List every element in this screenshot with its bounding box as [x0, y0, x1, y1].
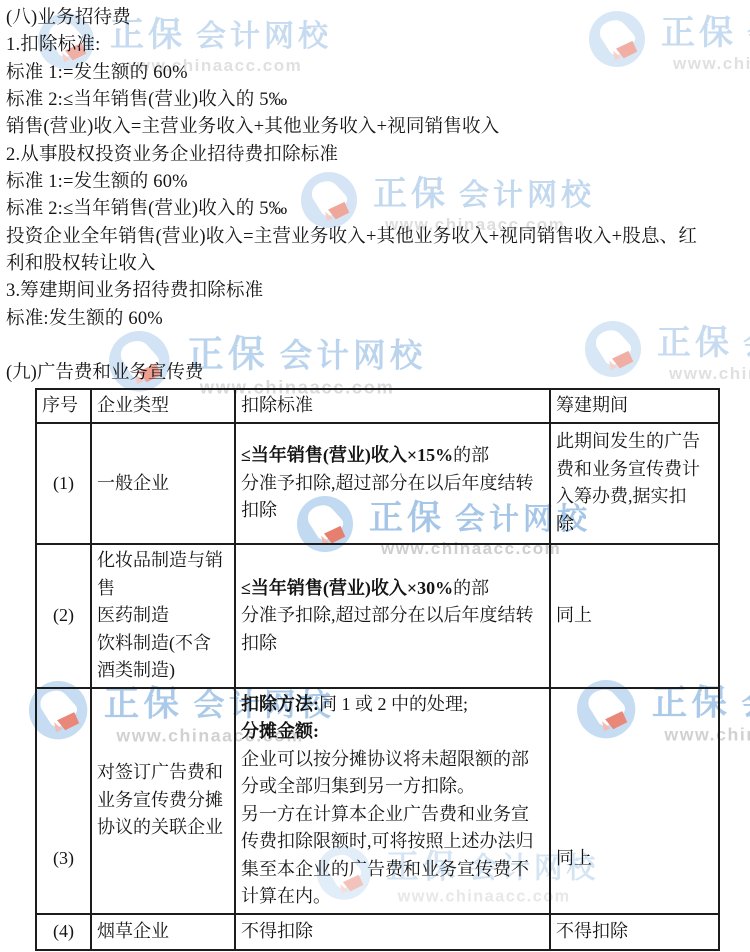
doc-line: 标准:发生额的 60% — [6, 306, 697, 333]
document-content: (八)业务招待费 1.扣除标准:标准 1:=发生额的 60%标准 2:≤当年销售… — [0, 0, 750, 952]
cell-preparation-period: 不得扣除 — [550, 914, 719, 950]
cell-row-number: (1) — [36, 423, 91, 544]
cell-row-number: (2) — [36, 544, 91, 688]
section-entertainment-expense: (八)业务招待费 1.扣除标准:标准 1:=发生额的 60%标准 2:≤当年销售… — [6, 5, 697, 333]
cell-deduction-standard: 不得扣除 — [235, 914, 550, 950]
cell-deduction-standard: ≤当年销售(营业)收入×30%的部分准予扣除,超过部分在以后年度结转扣除 — [235, 544, 550, 688]
doc-line: 1.扣除标准: — [6, 32, 697, 59]
section9-heading: (九)广告费和业务宣传费 — [6, 360, 203, 387]
advertising-fee-table: 序号企业类型扣除标准筹建期间 (1)一般企业≤当年销售(营业)收入×15%的部分… — [35, 388, 720, 951]
doc-line: 利和股权转让收入 — [6, 251, 697, 278]
cell-enterprise-type: 一般企业 — [91, 423, 235, 544]
cell-preparation-period: 同上 — [550, 688, 719, 914]
doc-line: 标准 2:≤当年销售(营业)收入的 5‰ — [6, 87, 697, 114]
table-row: (1)一般企业≤当年销售(营业)收入×15%的部分准予扣除,超过部分在以后年度结… — [36, 423, 719, 544]
table-header-row: 序号企业类型扣除标准筹建期间 — [36, 389, 719, 423]
cell-preparation-period: 同上 — [550, 544, 719, 688]
cell-enterprise-type: 对签订广告费和 业务宣传费分摊 协议的关联企业 — [91, 688, 235, 914]
table-body: (1)一般企业≤当年销售(营业)收入×15%的部分准予扣除,超过部分在以后年度结… — [36, 423, 719, 950]
section8-lines: 1.扣除标准:标准 1:=发生额的 60%标准 2:≤当年销售(营业)收入的 5… — [6, 32, 697, 333]
cell-preparation-period: 此期间发生的广告 费和业务宣传费计 入筹办费,据实扣 除 — [550, 423, 719, 544]
cell-row-number: (4) — [36, 914, 91, 950]
table-header-cell: 企业类型 — [91, 389, 235, 423]
table-header-cell: 筹建期间 — [550, 389, 719, 423]
cell-enterprise-type: 烟草企业 — [91, 914, 235, 950]
table-row: (2)化妆品制造与销 售 医药制造 饮料制造(不含 酒类制造)≤当年销售(营业)… — [36, 544, 719, 688]
cell-enterprise-type: 化妆品制造与销 售 医药制造 饮料制造(不含 酒类制造) — [91, 544, 235, 688]
advertising-fee-table-wrap: 序号企业类型扣除标准筹建期间 (1)一般企业≤当年销售(营业)收入×15%的部分… — [35, 388, 720, 951]
doc-line: 标准 2:≤当年销售(营业)收入的 5‰ — [6, 196, 697, 223]
table-row: (4)烟草企业不得扣除不得扣除 — [36, 914, 719, 950]
table-header-cell: 扣除标准 — [235, 389, 550, 423]
doc-line: 销售(营业)收入=主营业务收入+其他业务收入+视同销售收入 — [6, 114, 697, 141]
doc-line: 2.从事股权投资业务企业招待费扣除标准 — [6, 142, 697, 169]
table-row: (3)对签订广告费和 业务宣传费分摊 协议的关联企业扣除方法:同 1 或 2 中… — [36, 688, 719, 914]
cell-deduction-standard: 扣除方法:同 1 或 2 中的处理;分摊金额:企业可以按分摊协议将未超限额的部分… — [235, 688, 550, 914]
table-header-cell: 序号 — [36, 389, 91, 423]
document-page: 正保会计网校www.chinaacc.com正保会计网校www.chinaacc… — [0, 0, 750, 952]
doc-line: 标准 1:=发生额的 60% — [6, 60, 697, 87]
cell-row-number: (3) — [36, 688, 91, 914]
doc-line: 标准 1:=发生额的 60% — [6, 169, 697, 196]
doc-line: 3.筹建期间业务招待费扣除标准 — [6, 278, 697, 305]
section8-heading: (八)业务招待费 — [6, 5, 697, 32]
doc-line: 投资企业全年销售(营业)收入=主营业务收入+其他业务收入+视同销售收入+股息、红 — [6, 224, 697, 251]
cell-deduction-standard: ≤当年销售(营业)收入×15%的部分准予扣除,超过部分在以后年度结转扣除 — [235, 423, 550, 544]
